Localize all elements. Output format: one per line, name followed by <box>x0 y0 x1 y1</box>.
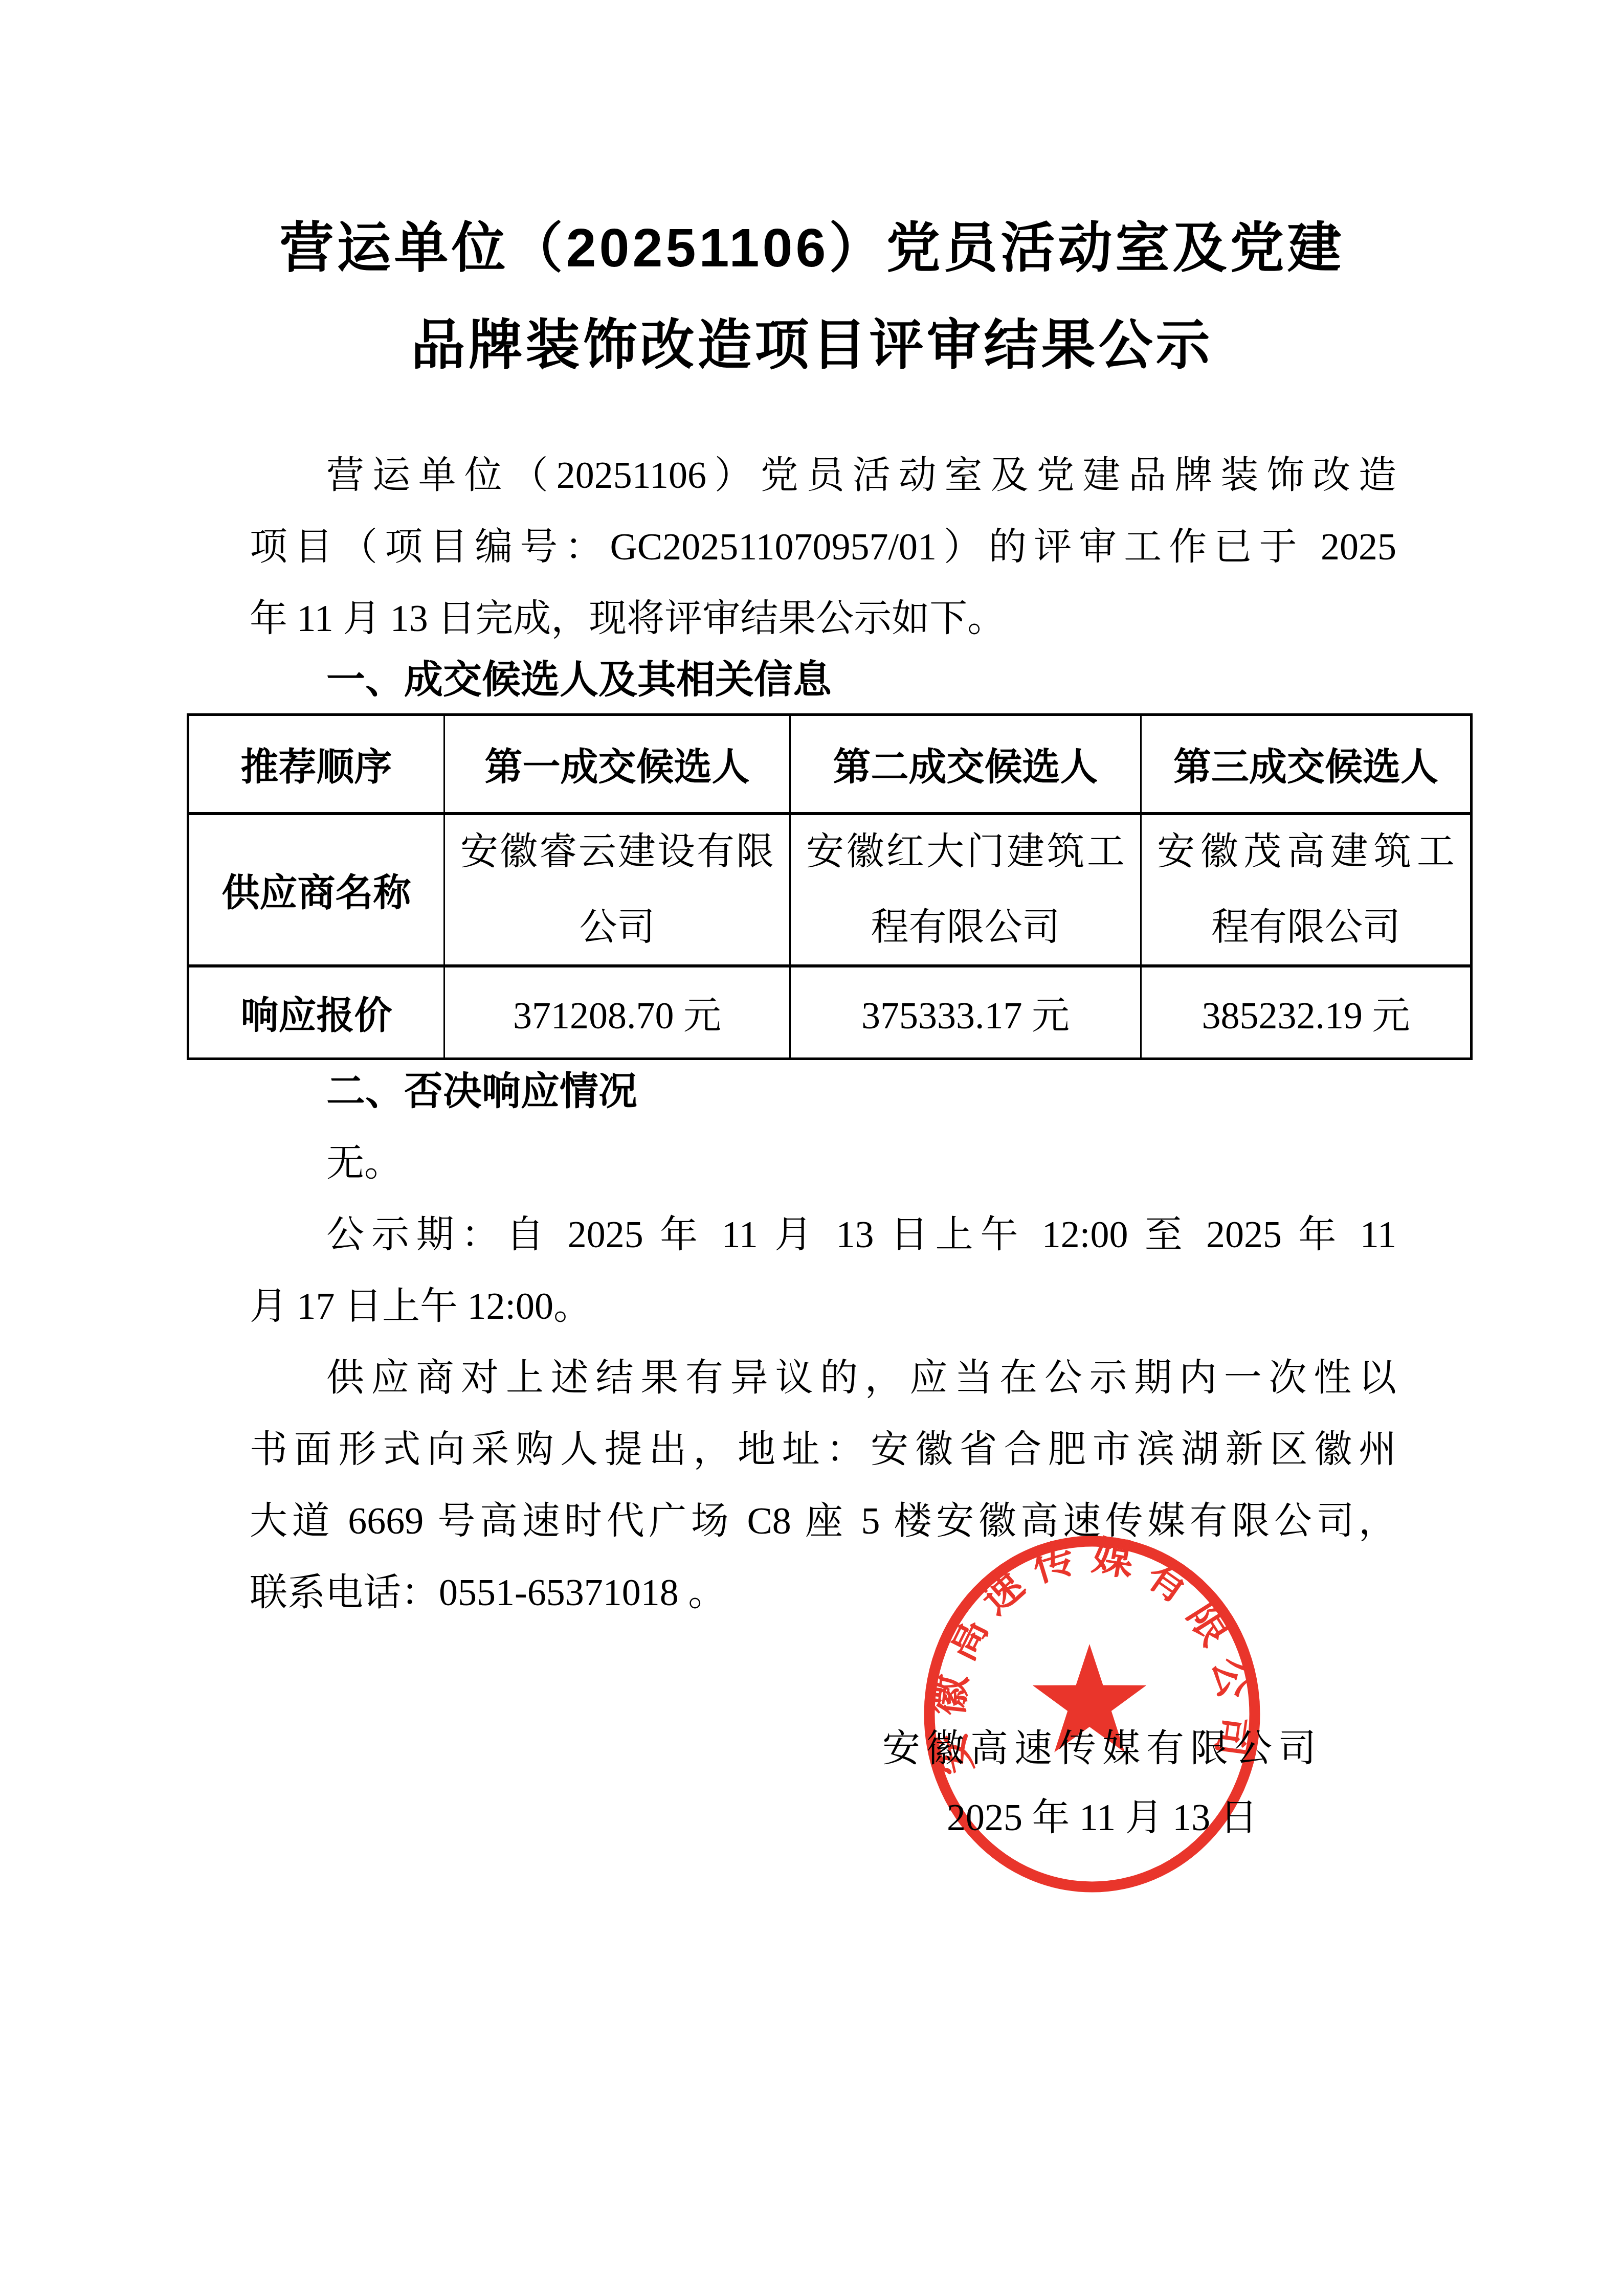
company-stamp: 安徽高速传媒有限公司 <box>913 1534 1271 1897</box>
supplier2-line2: 程有限公司 <box>791 890 1140 965</box>
header-cell-candidate2: 第二成交候选人 <box>789 716 1140 812</box>
supplier1-line1: 安徽睿云建设有限 <box>445 814 789 890</box>
objection-line2: 书面形式向采购人提出，地址：安徽省合肥市滨湖新区徽州 <box>250 1414 1396 1485</box>
header-cell-candidate3: 第三成交候选人 <box>1140 716 1470 812</box>
objection-line1: 供应商对上述结果有异议的，应当在公示期内一次性以 <box>250 1342 1396 1414</box>
announcement-document: 营运单位（20251106）党员活动室及党建 品牌装饰改造项目评审结果公示 营运… <box>0 0 1624 2296</box>
no-rejection-paragraph: 无。 <box>250 1128 1396 1199</box>
supplier3-line2: 程有限公司 <box>1142 890 1470 965</box>
supplier2-line1: 安徽红大门建筑工 <box>791 814 1140 890</box>
notice-line2: 月 17 日上午 12:00。 <box>250 1271 1396 1342</box>
price-row: 响应报价 371208.70 元 375333.17 元 385232.19 元 <box>189 964 1470 1057</box>
page-title-line1: 营运单位（20251106）党员活动室及党建 <box>0 199 1624 297</box>
intro-line1: 营运单位（20251106）党员活动室及党建品牌装饰改造 <box>250 440 1396 511</box>
section-one-heading: 一、成交候选人及其相关信息 <box>250 648 1396 712</box>
stamp-star <box>1033 1644 1147 1752</box>
header-cell-candidate1: 第一成交候选人 <box>443 716 789 812</box>
supplier-cell-2: 安徽红大门建筑工 程有限公司 <box>789 815 1140 964</box>
intro-paragraph: 营运单位（20251106）党员活动室及党建品牌装饰改造 项目（项目编号：GC2… <box>250 440 1396 655</box>
header-cell-order: 推荐顺序 <box>189 716 443 812</box>
table-header-row: 推荐顺序 第一成交候选人 第二成交候选人 第三成交候选人 <box>189 716 1470 812</box>
supplier-name-row: 供应商名称 安徽睿云建设有限 公司 安徽红大门建筑工 程有限公司 安徽茂高建筑工… <box>189 812 1470 964</box>
supplier-row-label: 供应商名称 <box>189 815 443 964</box>
price-cell-2: 375333.17 元 <box>789 967 1140 1057</box>
supplier-cell-1: 安徽睿云建设有限 公司 <box>443 815 789 964</box>
intro-line2: 项目（项目编号：GC202511070957/01）的评审工作已于 2025 <box>250 511 1396 583</box>
section-two-heading: 二、否决响应情况 <box>250 1060 1396 1123</box>
supplier1-line2: 公司 <box>445 890 789 965</box>
price-cell-1: 371208.70 元 <box>443 967 789 1057</box>
price-row-label: 响应报价 <box>189 967 443 1057</box>
notice-period-paragraph: 公示期：自 2025 年 11 月 13 日上午 12:00 至 2025 年 … <box>250 1199 1396 1342</box>
no-rejection-text: 无。 <box>250 1128 1396 1199</box>
price-cell-3: 385232.19 元 <box>1140 967 1470 1057</box>
candidates-table: 推荐顺序 第一成交候选人 第二成交候选人 第三成交候选人 供应商名称 安徽睿云建… <box>187 713 1473 1060</box>
page-title-line2: 品牌装饰改造项目评审结果公示 <box>0 297 1624 394</box>
notice-line1: 公示期：自 2025 年 11 月 13 日上午 12:00 至 2025 年 … <box>250 1199 1396 1271</box>
page-title: 营运单位（20251106）党员活动室及党建 品牌装饰改造项目评审结果公示 <box>0 199 1624 394</box>
intro-line3: 年 11 月 13 日完成，现将评审结果公示如下。 <box>250 583 1396 655</box>
supplier3-line1: 安徽茂高建筑工 <box>1142 814 1470 890</box>
supplier-cell-3: 安徽茂高建筑工 程有限公司 <box>1140 815 1470 964</box>
